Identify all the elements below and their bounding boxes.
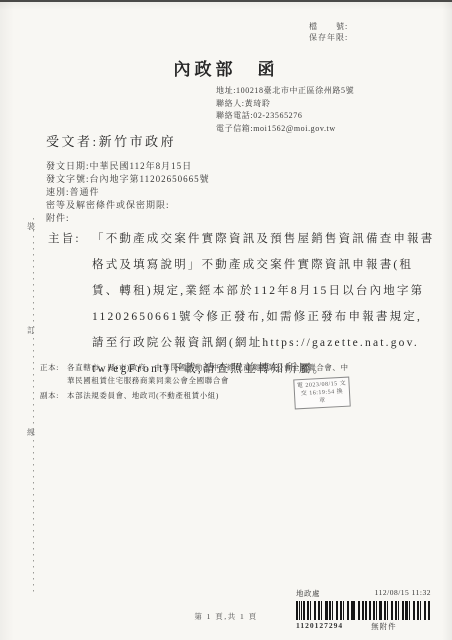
footer-processing-block: 地政處 112/08/15 11:32 1120127294 無附件 bbox=[296, 588, 436, 632]
subject-line: 11202650661號令修正發布,如需修正發布申報書規定, bbox=[92, 304, 435, 330]
attachment-field: 附件: bbox=[46, 212, 210, 225]
no-attachment-note: 無附件 bbox=[371, 621, 397, 632]
binding-mark-ding: 訂 bbox=[27, 325, 35, 336]
recipient-line: 受文者:新竹市政府 bbox=[46, 131, 176, 150]
sender-address: 地址:100218臺北市中正區徐州路5號 bbox=[216, 85, 354, 98]
original-copy-line: 各直轄市、縣(市)政府、中華民國不動產仲介經紀商業同業公會全國聯合會、中 bbox=[67, 361, 349, 374]
handling-office: 地政處 bbox=[296, 588, 320, 599]
subject-paragraph: 主旨: 「不動產成交案件實際資訊及預售屋銷售資訊備查申報書 格式及填寫說明」不動… bbox=[48, 226, 435, 382]
subject-text: 「不動產成交案件實際資訊及預售屋銷售資訊備查申報書 格式及填寫說明」不動產成交案… bbox=[92, 226, 435, 382]
cc-copy-recipients: 本部法規委員會、地政司(不動產租賃小組) bbox=[67, 389, 219, 402]
footer-office-row: 地政處 112/08/15 11:32 bbox=[296, 588, 431, 599]
processing-datetime: 112/08/15 11:32 bbox=[375, 588, 431, 599]
binding-mark-zhuang: 裝 bbox=[27, 221, 35, 232]
footer-number-row: 1120127294 無附件 bbox=[296, 621, 431, 632]
subject-line: 「不動產成交案件實際資訊及預售屋銷售資訊備查申報書 bbox=[92, 226, 435, 252]
binding-dotted-line bbox=[33, 218, 34, 596]
binding-mark-xian: 線 bbox=[27, 427, 35, 438]
sender-contact-block: 地址:100218臺北市中正區徐州路5號 聯絡人:黃琦聆 聯絡電話:02-235… bbox=[216, 85, 354, 135]
cc-copy-label: 副本: bbox=[40, 389, 67, 402]
header-file-block: 檔 號: 保存年限: bbox=[309, 22, 348, 43]
barcode-number: 1120127294 bbox=[296, 621, 343, 632]
document-barcode bbox=[296, 601, 431, 620]
subject-line: 賃、轉租)規定,業經本部於112年8月15日以台內地字第 bbox=[92, 278, 435, 304]
issue-date: 發文日期:中華民國112年8月15日 bbox=[46, 160, 210, 173]
subject-line: 請至行政院公報資訊網(網址https://gazette.nat.gov. bbox=[92, 330, 435, 356]
subject-line: 格式及填寫說明」不動產成交案件實際資訊申報書(租 bbox=[92, 252, 435, 278]
subject-label: 主旨: bbox=[48, 226, 92, 382]
document-meta-block: 發文日期:中華民國112年8月15日 發文字號:台內地字第11202650665… bbox=[46, 160, 210, 225]
scan-edge-artifact bbox=[0, 0, 452, 2]
scanned-official-letter: 檔 號: 保存年限: 內政部 函 地址:100218臺北市中正區徐州路5號 聯絡… bbox=[0, 0, 452, 640]
sender-contact-person: 聯絡人:黃琦聆 bbox=[216, 98, 354, 111]
issue-number: 發文字號:台內地字第11202650665號 bbox=[46, 173, 210, 186]
original-copy-label: 正本: bbox=[40, 361, 67, 387]
sender-phone: 聯絡電話:02-23565276 bbox=[216, 110, 354, 123]
security-classification: 密等及解密條件或保密期限: bbox=[46, 199, 210, 212]
sender-email: 電子信箱:moi1562@moi.gov.tw bbox=[216, 123, 354, 136]
electronic-exchange-stamp: 電 2023/08/15 文 交 16:19:54 換 章 bbox=[293, 377, 350, 410]
file-number-label: 檔 號: bbox=[309, 22, 348, 33]
retention-period-label: 保存年限: bbox=[309, 33, 348, 44]
document-title: 內政部 函 bbox=[0, 55, 452, 80]
delivery-speed: 速別:普通件 bbox=[46, 186, 210, 199]
